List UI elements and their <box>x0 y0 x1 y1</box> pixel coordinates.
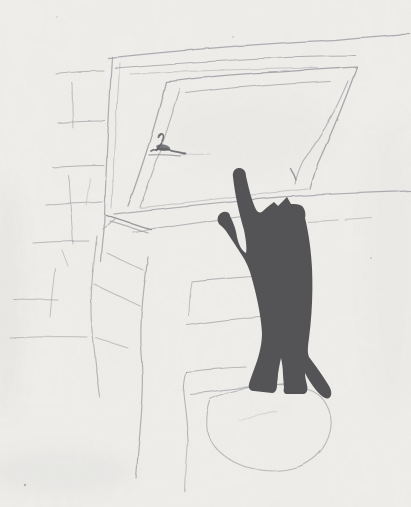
pencil-sketch-figure <box>0 0 411 507</box>
paper-grain-overlay <box>0 0 411 507</box>
sketch-canvas <box>0 0 411 507</box>
